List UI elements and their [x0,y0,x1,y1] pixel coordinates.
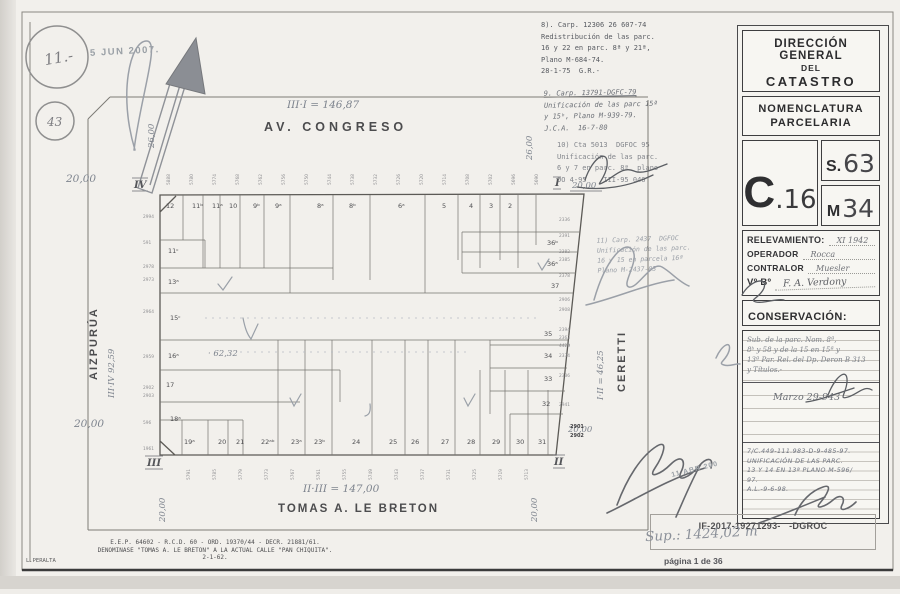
text-line: 6 y 7 en parc. 8ª plano [557,163,757,175]
text-line: E.E.P. 64602 - R.C.D. 60 - ORD. 19370/44… [55,539,375,547]
handwritten-note-1: Sub. de la parc. Nom. 8ª,8ᵇ y 58 y de la… [743,331,879,382]
contralor-value: Muesler [808,264,875,274]
contralor-row: CONTRALOR Muesler [747,263,875,274]
text-line: NOMENCLATURA [743,102,879,116]
seccion-letter: S. [826,158,841,176]
seccion-number: 63 [843,151,875,176]
text-line: y Títulos.- [747,365,876,375]
handwritten-note-2: 7/C.449-111.983-D-9-485-97.UNIFICACIÓN D… [743,442,879,518]
circunscripcion-letter: C [743,173,775,213]
text-line: 10) Cta 5013 DGFOC 95 [557,140,757,152]
text-line: 2-1-62. [55,554,375,562]
conservacion-box: CONSERVACIÓN: [742,300,880,326]
relevamiento-value: XI 1942 [829,236,875,246]
doc-type-box: NOMENCLATURAPARCELARIA [742,96,880,136]
text-line: Redistribución de las parc. [541,32,741,44]
text-line: 97. [747,476,876,486]
manzana-letter: M [827,203,840,221]
title-block-panel: DIRECCIÓN GENERALDELCATASTRO NOMENCLATUR… [737,25,889,524]
annotation-note-10: 10) Cta 5013 DGFOC 95Unificación de las … [557,140,757,186]
circunscripcion-number: .16 [775,187,816,213]
text-line: DEL [743,63,879,73]
scan-bottom-edge [0,589,900,594]
text-line: 8ᵇ y 58 y de la 15 en 15ª y [747,345,876,355]
operador-value: Rocca [803,250,875,260]
annotation-note-8: 8). Carp. 12306 26 607-74Redistribución … [541,20,741,78]
conservation-notes-box: Sub. de la parc. Nom. 8ª,8ᵇ y 58 y de la… [742,330,880,519]
ordinance-note: E.E.P. 64602 - R.C.D. 60 - ORD. 19370/44… [55,539,375,562]
text-line: UNIFICACIÓN DE LAS PARC. [747,457,876,467]
visto-bueno-signature: F. A. Verdony [775,275,875,290]
text-line: DIRECCIÓN GENERAL [743,38,879,62]
operador-row: OPERADOR Rocca [747,249,875,260]
scan-left-edge [0,0,16,594]
nomenclature-grid: C.16 S.63 M34 [742,140,880,226]
text-line: DENOMINASE "TOMAS A. LE BRETON" A LA ACT… [55,547,375,555]
text-line: 13ª Par. Rel. del Dp. Deron B 313 [747,355,876,365]
page-indicator: página 1 de 36 [664,556,723,566]
annotation-note-9: 9. Carp. 13791-DGFC-79Unificación de las… [544,85,745,134]
text-line: 13 Y 14 EN 13ª PLANO M-596/ [747,466,876,476]
text-line: Plano M-684-74. [541,55,741,67]
text-line: PARCELARIA [743,116,879,130]
manzana-number: 34 [842,196,874,221]
text-line: A.L.-9-6-98. [747,485,876,495]
visto-bueno-label: Vº Bº [747,277,771,288]
scanned-cadastral-sheet: 8). Carp. 12306 26 607-74Redistribución … [0,0,900,594]
manzana-cell: M34 [821,185,880,226]
survey-info-box: RELEVAMIENTO: XI 1942 OPERADOR Rocca CON… [742,230,880,296]
surveyor-name: L.PERALTA [26,558,56,564]
text-line: 7/C.449-111.983-D-9-485-97. [747,447,876,457]
text-line: 16 y 22 en parc. 8ª y 21ª, [541,43,741,55]
org-title-box: DIRECCIÓN GENERALDELCATASTRO [742,30,880,92]
annotation-note-11: 11) Carp. 2437 DGFOCUnificación de las p… [596,230,757,276]
text-line: Unificación de las parc. [557,152,757,164]
visto-bueno-row: Vº Bº F. A. Verdony [747,277,875,289]
text-line: 8). Carp. 12306 26 607-74 [541,20,741,32]
contralor-label: CONTRALOR [747,263,804,273]
conservacion-label: CONSERVACIÓN: [748,311,847,323]
text-line: OO 4-95 III-95 046 [557,175,757,187]
gde-record-box: IF-2017-19271293- -DGROC Sup.: 1424,02 m [650,514,876,550]
seccion-cell: S.63 [821,140,880,181]
operador-label: OPERADOR [747,249,799,259]
relevamiento-row: RELEVAMIENTO: XI 1942 [747,235,875,246]
circunscripcion-cell: C.16 [742,140,818,226]
text-line: 28-1-75 G.R.- [541,66,741,78]
text-line: CATASTRO [743,74,879,89]
handwritten-date: Marzo 29-943 [743,382,879,442]
text-line: Sub. de la parc. Nom. 8ª, [747,335,876,345]
relevamiento-label: RELEVAMIENTO: [747,235,825,245]
